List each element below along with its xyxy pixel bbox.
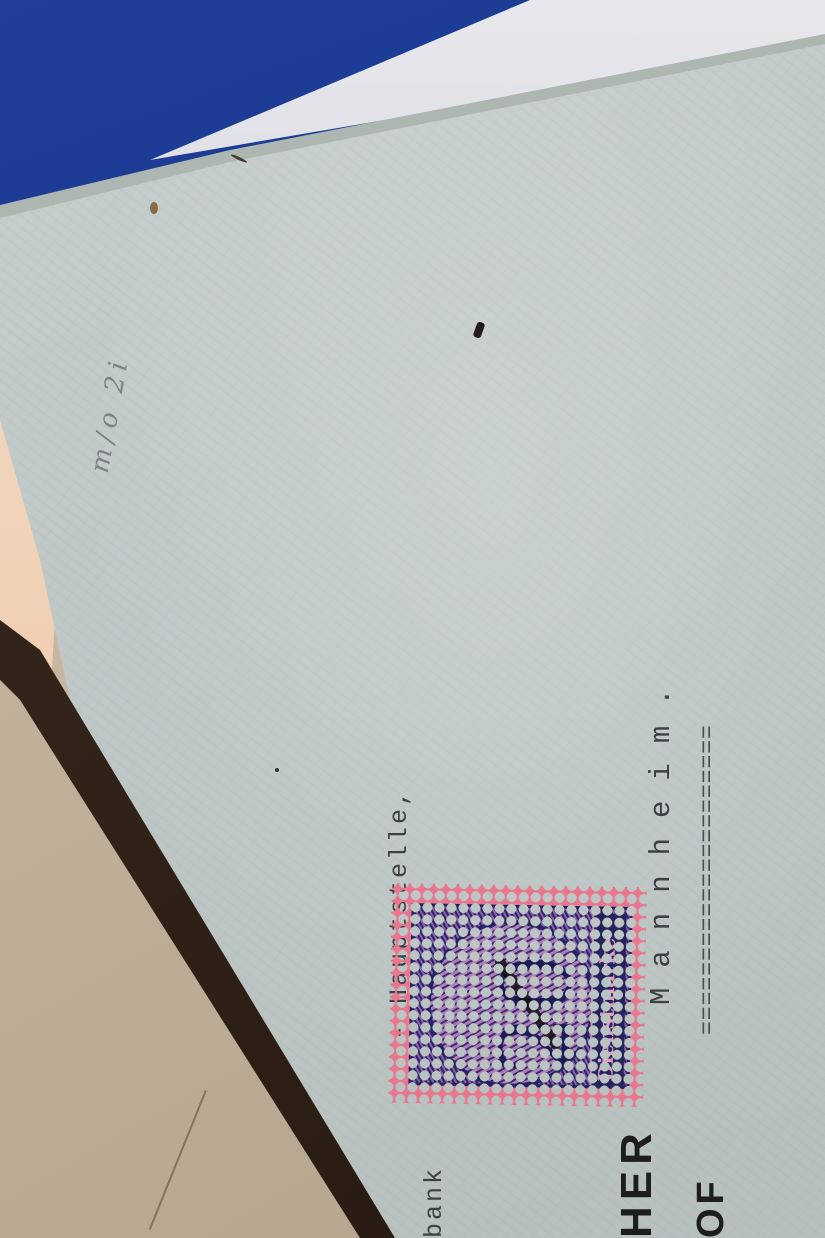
address-line-bank: bank bbox=[420, 1166, 449, 1238]
sender-bold-line-1: HER bbox=[612, 1127, 662, 1238]
stamp-label: Dienstmarke bbox=[594, 937, 621, 1081]
ink-dot bbox=[275, 768, 279, 772]
stamp-label-band: Dienstmarke bbox=[589, 913, 626, 1086]
photo-scene: m/o 2i bank - Hauptstelle, Mannheim. ===… bbox=[0, 0, 825, 1238]
stamp-frame: 20 Dienstmarke bbox=[408, 903, 632, 1089]
sender-bold-line-2: OF bbox=[690, 1177, 733, 1238]
postage-stamp: 20 Dienstmarke bbox=[388, 883, 647, 1107]
address-city-underline: ===================== bbox=[695, 724, 721, 1035]
stamp-oval: 20 bbox=[425, 918, 596, 1089]
address-city: Mannheim. bbox=[645, 668, 678, 1005]
paper-speck bbox=[150, 202, 158, 214]
